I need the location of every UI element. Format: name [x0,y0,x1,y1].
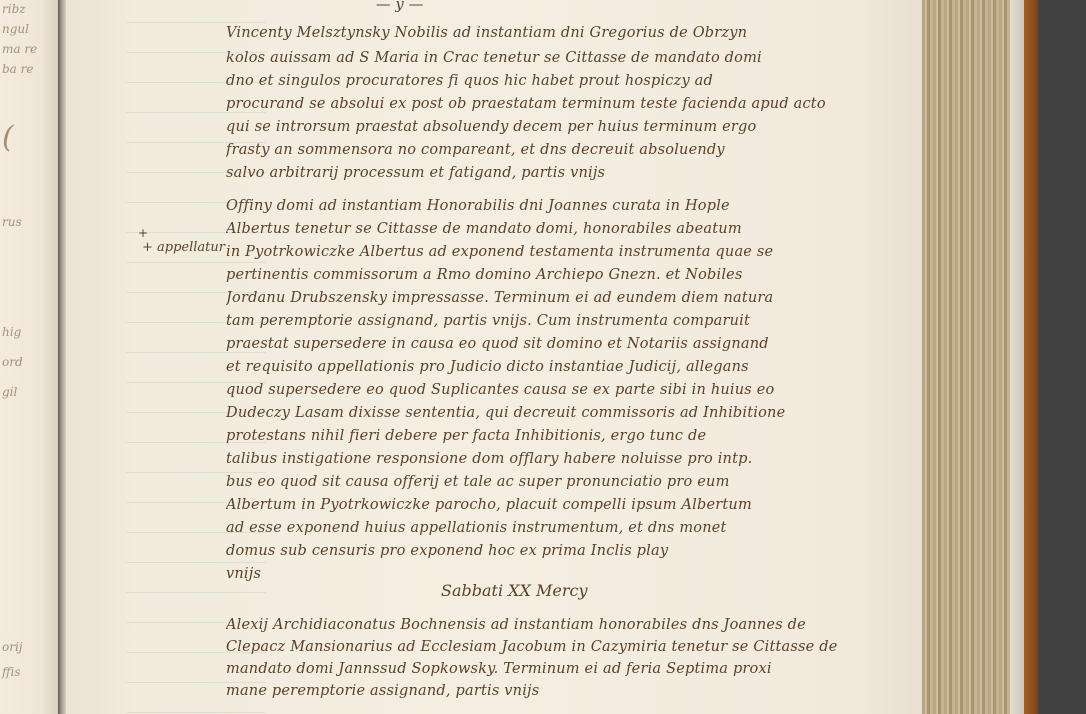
board-edge [1010,0,1024,714]
date-heading: Sabbati XX Mercy [441,581,588,600]
entry-line: procurand se absolui ex post ob praestat… [226,93,916,116]
entry-line: in Pyotrkowiczke Albertus ad exponend te… [226,241,916,264]
entry-line: Albertus tenetur se Cittasse de mandato … [226,218,916,241]
top-fragment: — y — [376,0,423,19]
entry-line: Dudeczy Lasam dixisse sententia, qui dec… [226,402,916,425]
left-page-fragment: ord [2,355,23,369]
leather-cover [1024,0,1038,714]
entry-line: et requisito appellationis pro Judicio d… [226,356,916,379]
entry-line: qui se introrsum praestat absoluendy dec… [226,116,916,139]
entry-3: Alexij Archidiaconatus Bochnensis ad ins… [226,614,916,702]
entry-line: Albertum in Pyotrkowiczke parocho, placu… [226,494,916,517]
entry-line: Jordanu Drubszensky impressasse. Terminu… [226,287,916,310]
entry-line: ad esse exponend huius appellationis ins… [226,517,916,540]
backdrop [1038,0,1086,714]
left-page-fragment: ngul [2,22,29,36]
left-page-fragment: ma re [2,42,37,56]
manuscript-page: — y — Vincenty Melsztynsky Nobilis ad in… [66,0,922,714]
entry-line: mane peremptorie assignand, partis vnijs [226,680,916,702]
entry-1: Vincenty Melsztynsky Nobilis ad instanti… [226,20,916,185]
left-page-fragment: ba re [2,62,34,76]
entry-line: tam peremptorie assignand, partis vnijs.… [226,310,916,333]
entry-line: dno et singulos procuratores fi quos hic… [226,70,916,93]
left-page-fragment: orij [2,640,23,654]
entry-line: Offiny domi ad instantiam Honorabilis dn… [226,195,916,218]
entry-line: frasty an sommensora no compareant, et d… [226,139,916,162]
entry-line: praestat supersedere in causa eo quod si… [226,333,916,356]
entry-line: pertinentis commissorum a Rmo domino Arc… [226,264,916,287]
entry-2: Offiny domi ad instantiam Honorabilis dn… [226,195,916,586]
left-page-fragment: ribz [2,2,26,16]
left-page-fragment: ffis [2,665,21,679]
entry-line: mandato domi Jannssud Sopkowsky. Terminu… [226,658,916,680]
left-page-fragment: ( [2,120,14,155]
entry-line: kolos auissam ad S Maria in Crac tenetur… [226,47,916,70]
entry-line: domus sub censuris pro exponend hoc ex p… [226,540,916,563]
book-gutter [58,0,66,714]
entry-line: bus eo quod sit causa offerij et tale ac… [226,471,916,494]
left-page-fragment: rus [2,215,22,229]
margin-note-appellatur: + + appellatur [142,240,225,255]
entry-line: Vincenty Melsztynsky Nobilis ad instanti… [226,20,916,47]
margin-note-text: + appellatur [142,240,225,255]
left-page-fragment: gil [2,385,17,399]
facing-left-page: ribz ngul ma re ba re ( rus hig ord gil … [0,0,58,714]
entry-line: Alexij Archidiaconatus Bochnensis ad ins… [226,614,916,636]
entry-line: protestans nihil fieri debere per facta … [226,425,916,448]
entry-line: salvo arbitrarij processum et fatigand, … [226,162,916,185]
page-fore-edge [922,0,1012,714]
left-page-fragment: hig [2,325,21,339]
entry-line: quod supersedere eo quod Suplicantes cau… [226,379,916,402]
plus-mark-icon: + [138,226,148,240]
entry-line: talibus instigatione responsione dom off… [226,448,916,471]
entry-line: Clepacz Mansionarius ad Ecclesiam Jacobu… [226,636,916,658]
